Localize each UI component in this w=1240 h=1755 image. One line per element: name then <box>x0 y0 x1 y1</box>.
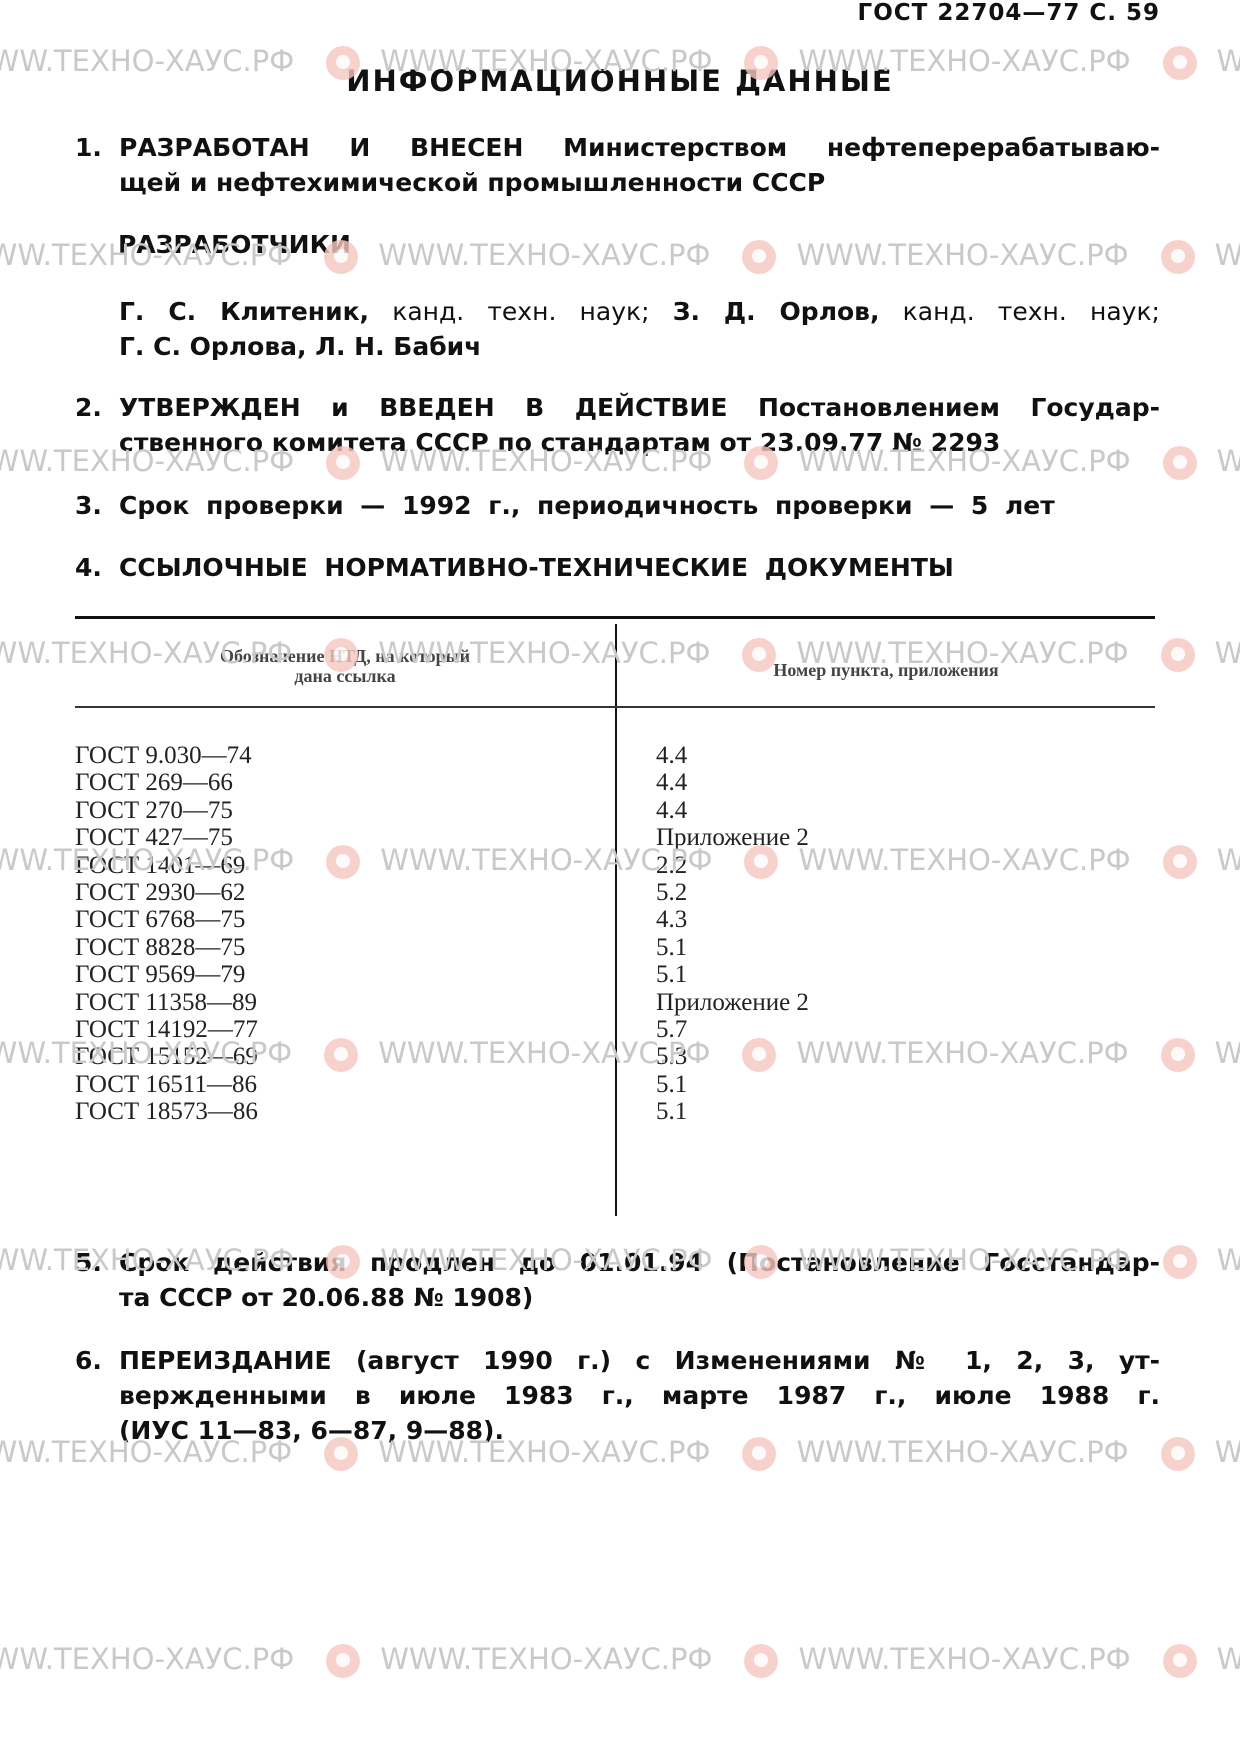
header-line: дана ссылка <box>75 666 615 686</box>
table-doc-column: ГОСТ 9.030—74ГОСТ 269—66ГОСТ 270—75ГОСТ … <box>75 742 258 1126</box>
table-header-rule <box>75 706 1155 708</box>
developers-line-2: Г. С. Орлова, Л. Н. Бабич <box>119 329 1160 364</box>
item-text: щей и нефтехимической промышленности ССС… <box>119 168 825 197</box>
watermark-row: WWW.ТЕХНО-ХАУС.РФWWW.ТЕХНО-ХАУС.РФWWW.ТЕ… <box>0 1642 1240 1678</box>
watermark-text: WWW.ТЕХНО-ХАУС.РФ <box>796 238 1128 272</box>
item-3: 3. Срок проверки — 1992 г., периодичност… <box>75 488 1160 523</box>
table-row-ref: Приложение 2 <box>656 989 809 1016</box>
item-1-line-2: щей и нефтехимической промышленности ССС… <box>119 165 1160 200</box>
techno-haus-logo-icon <box>1161 240 1195 274</box>
item-number: 6. <box>75 1343 102 1378</box>
table-row-doc: ГОСТ 11358—89 <box>75 989 258 1016</box>
item-2-line-2: ственного комитета СССР по стандартам от… <box>119 425 1160 460</box>
bold-label: ВВЕДЕН В ДЕЙСТВИЕ <box>379 393 727 422</box>
table-row-ref: 4.4 <box>656 769 809 796</box>
item-number: 5. <box>75 1245 102 1280</box>
developers-list: Г. С. Клитеник, канд. техн. наук; З. Д. … <box>75 294 1160 364</box>
bold-label: ПЕРЕИЗДАНИЕ <box>119 1346 332 1375</box>
table-row-ref: 5.3 <box>656 1043 809 1070</box>
table-top-rule <box>75 616 1155 619</box>
techno-haus-logo-icon <box>1161 1437 1195 1471</box>
developer-name: Г. С. Клитеник, <box>119 297 369 326</box>
techno-haus-logo-icon <box>1161 638 1195 672</box>
table-row-ref: 4.4 <box>656 742 809 769</box>
watermark-text: WWW.ТЕХНО-ХАУС.РФ <box>1217 1642 1240 1676</box>
table-row-doc: ГОСТ 6768—75 <box>75 906 258 933</box>
table-row-doc: ГОСТ 18573—86 <box>75 1098 258 1125</box>
bold-label: УТВЕРЖДЕН <box>119 393 301 422</box>
bold-label: РАЗРАБОТАН И ВНЕСЕН <box>119 133 523 162</box>
techno-haus-logo-icon <box>1163 845 1197 879</box>
techno-haus-logo-icon <box>1161 1038 1195 1072</box>
table-header-clause: Номер пункта, приложения <box>617 660 1155 680</box>
watermark-text: WWW.ТЕХНО-ХАУС.РФ <box>796 1036 1128 1070</box>
table-row-doc: ГОСТ 269—66 <box>75 769 258 796</box>
header-line: Обозначение НТД, на который <box>75 646 615 666</box>
watermark-text: WWW.ТЕХНО-ХАУС.РФ <box>1217 843 1240 877</box>
watermark-text: WWW.ТЕХНО-ХАУС.РФ <box>378 238 710 272</box>
table-row-ref: 4.4 <box>656 797 809 824</box>
item-number: 4. <box>75 550 102 585</box>
watermark-text: WWW.ТЕХНО-ХАУС.РФ <box>1215 1036 1240 1070</box>
techno-haus-logo-icon <box>326 845 360 879</box>
item-4: 4. ССЫЛОЧНЫЕ НОРМАТИВНО-ТЕХНИЧЕСКИЕ ДОКУ… <box>75 550 1160 585</box>
table-row-doc: ГОСТ 270—75 <box>75 797 258 824</box>
item-1-line-1: РАЗРАБОТАН И ВНЕСЕН Министерством нефтеп… <box>119 130 1160 165</box>
watermark-text: WWW.ТЕХНО-ХАУС.РФ <box>798 843 1130 877</box>
item-number: 2. <box>75 390 102 425</box>
item-text: и <box>301 393 380 422</box>
watermark-text: WWW.ТЕХНО-ХАУС.РФ <box>798 1642 1130 1676</box>
table-ref-column: 4.44.44.4Приложение 22.25.24.35.15.1Прил… <box>656 742 809 1126</box>
watermark-text: WWW.ТЕХНО-ХАУС.РФ <box>1217 444 1240 478</box>
table-row-doc: ГОСТ 8828—75 <box>75 934 258 961</box>
table-row-doc: ГОСТ 15152—69 <box>75 1043 258 1070</box>
table-row-doc: ГОСТ 427—75 <box>75 824 258 851</box>
item-6: 6. ПЕРЕИЗДАНИЕ (август 1990 г.) с Измене… <box>75 1343 1160 1448</box>
table-header-document: Обозначение НТД, на который дана ссылка <box>75 646 615 686</box>
developer-degree: канд. техн. наук; <box>369 297 673 326</box>
table-row-ref: 5.1 <box>656 1071 809 1098</box>
table-row-ref: 2.2 <box>656 852 809 879</box>
watermark-text: WWW.ТЕХНО-ХАУС.РФ <box>1215 238 1240 272</box>
watermark-text: WWW.ТЕХНО-ХАУС.РФ <box>1215 1435 1240 1469</box>
table-row-ref: 5.1 <box>656 934 809 961</box>
table-column-divider <box>615 624 617 1216</box>
techno-haus-logo-icon <box>744 1644 778 1678</box>
techno-haus-logo-icon <box>1163 446 1197 480</box>
section-heading: ССЫЛОЧНЫЕ НОРМАТИВНО-ТЕХНИЧЕСКИЕ ДОКУМЕН… <box>119 550 1160 585</box>
item-1: 1. РАЗРАБОТАН И ВНЕСЕН Министерством неф… <box>75 130 1160 200</box>
table-row-ref: 5.1 <box>656 961 809 988</box>
watermark-text: WWW.ТЕХНО-ХАУС.РФ <box>0 1642 294 1676</box>
item-text: Министерством нефтеперерабатываю- <box>523 133 1160 162</box>
table-row-ref: 4.3 <box>656 906 809 933</box>
item-text: (август 1990 г.) с Изменениями № 1, 2, 3… <box>332 1346 1160 1375</box>
item-number: 1. <box>75 130 102 165</box>
item-text: вержденными в июле 1983 г., марте 1987 г… <box>119 1378 1160 1413</box>
table-row-doc: ГОСТ 2930—62 <box>75 879 258 906</box>
table-row-doc: ГОСТ 14192—77 <box>75 1016 258 1043</box>
item-number: 3. <box>75 488 102 523</box>
item-text: Срок действия продлен до 01.01.94 (Поста… <box>119 1245 1160 1280</box>
watermark-text: WWW.ТЕХНО-ХАУС.РФ <box>1217 1243 1240 1277</box>
techno-haus-logo-icon <box>1163 1245 1197 1279</box>
techno-haus-logo-icon <box>324 1038 358 1072</box>
table-row-ref: 5.7 <box>656 1016 809 1043</box>
developers-heading: РАЗРАБОТЧИКИ <box>118 230 351 259</box>
table-row-doc: ГОСТ 9569—79 <box>75 961 258 988</box>
watermark-text: WWW.ТЕХНО-ХАУС.РФ <box>1215 636 1240 670</box>
page-title: ИНФОРМАЦИОННЫЕ ДАННЫЕ <box>0 64 1240 98</box>
item-text: Срок проверки — 1992 г., периодичность п… <box>119 488 1160 523</box>
watermark-text: WWW.ТЕХНО-ХАУС.РФ <box>380 1642 712 1676</box>
table-row-ref: 5.2 <box>656 879 809 906</box>
item-2: 2. УТВЕРЖДЕН и ВВЕДЕН В ДЕЙСТВИЕ Постано… <box>75 390 1160 460</box>
table-row-doc: ГОСТ 9.030—74 <box>75 742 258 769</box>
table-row-ref: 5.1 <box>656 1098 809 1125</box>
developer-name: З. Д. Орлов, <box>673 297 880 326</box>
item-text: (ИУС 11—83, 6—87, 9—88). <box>119 1413 1160 1448</box>
techno-haus-logo-icon <box>742 240 776 274</box>
developers-line-1: Г. С. Клитеник, канд. техн. наук; З. Д. … <box>119 294 1160 329</box>
table-row-doc: ГОСТ 16511—86 <box>75 1071 258 1098</box>
item-5: 5. Срок действия продлен до 01.01.94 (По… <box>75 1245 1160 1315</box>
table-row-ref: Приложение 2 <box>656 824 809 851</box>
page-header: ГОСТ 22704—77 С. 59 <box>858 0 1160 26</box>
techno-haus-logo-icon <box>1163 1644 1197 1678</box>
item-text: та СССР от 20.06.88 № 1908) <box>119 1280 1160 1315</box>
table-row-doc: ГОСТ 1401—69 <box>75 852 258 879</box>
item-6-line-1: ПЕРЕИЗДАНИЕ (август 1990 г.) с Изменения… <box>119 1343 1160 1378</box>
item-text: Постановлением Государ- <box>727 393 1160 422</box>
developer-degree: канд. техн. наук; <box>880 297 1160 326</box>
techno-haus-logo-icon <box>326 1644 360 1678</box>
item-2-line-1: УТВЕРЖДЕН и ВВЕДЕН В ДЕЙСТВИЕ Постановле… <box>119 390 1160 425</box>
